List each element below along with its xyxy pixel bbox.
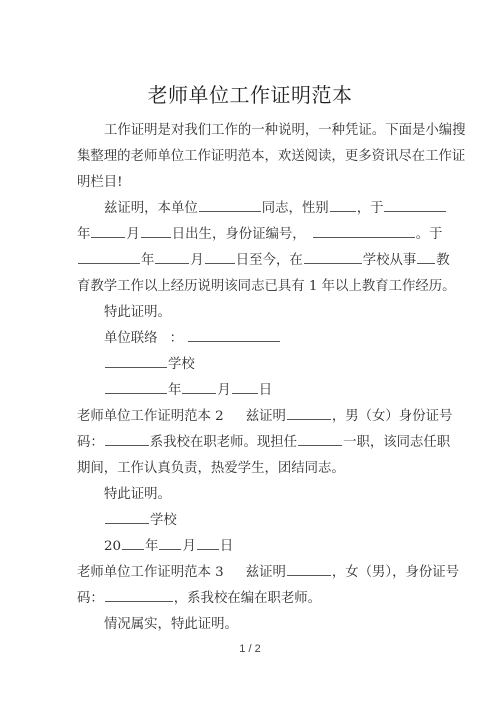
fill-blank-gender	[330, 197, 356, 212]
fill-blank-year	[384, 197, 446, 212]
fill-blank-id-number	[105, 587, 173, 602]
text: 系我校在职老师。现担任	[150, 435, 297, 450]
fill-blank-start-year	[78, 249, 140, 264]
text: 一职，该同志任职	[343, 435, 450, 450]
text: ，男（女）身份证号	[332, 409, 453, 424]
text: 兹证明	[246, 565, 286, 580]
text: 月	[190, 253, 203, 268]
text: 年	[168, 383, 181, 398]
text: ，系我校在编在职老师。	[174, 591, 321, 606]
fill-blank-sign-month	[182, 379, 216, 394]
fill-blank-start-month	[155, 249, 189, 264]
page-number: 1 / 2	[0, 643, 500, 655]
sample1-contact: 单位联络：	[77, 326, 422, 352]
fill-blank-start-day	[205, 249, 235, 264]
text: 学校从事	[363, 253, 417, 268]
sample2-line-3: 期间，工作认真负责，热爱学生，团结同志。	[77, 456, 422, 482]
fill-blank-name	[287, 405, 331, 420]
sample2-heading: 老师单位工作证明范本 2	[77, 409, 224, 424]
sample3-line-2: 码：，系我校在编在职老师。	[77, 586, 422, 612]
sample2-date: 20年月日	[77, 534, 422, 560]
sample1-school-signature: 学校	[77, 352, 422, 378]
contact-label: 单位联络	[104, 331, 158, 346]
text: 日	[220, 539, 233, 554]
sample2-line-1: 老师单位工作证明范本 2兹证明，男（女）身份证号	[77, 404, 422, 430]
text: 20	[104, 539, 121, 554]
fill-blank-school-name	[105, 509, 149, 524]
fill-blank-month	[159, 535, 181, 550]
text: 教	[436, 253, 449, 268]
text: 年	[141, 253, 154, 268]
sample1-closing: 特此证明。	[77, 300, 422, 326]
intro-line: 明栏目!	[77, 170, 422, 196]
sample1-line-3: 年月日至今，在学校从事教	[77, 248, 422, 274]
text: 兹证明，本单位	[104, 201, 198, 216]
fill-blank-sign-day	[232, 379, 258, 394]
text: 日	[259, 383, 272, 398]
fill-blank-month	[91, 223, 125, 238]
sample1-line-1: 兹证明，本单位同志，性别，于	[77, 196, 422, 222]
sample2-school-signature: 学校	[77, 508, 422, 534]
fill-blank-name	[287, 561, 331, 576]
fill-blank-position	[298, 431, 342, 446]
text: 月	[217, 383, 230, 398]
sample3-heading: 老师单位工作证明范本 3	[77, 565, 224, 580]
text: ：	[170, 331, 183, 346]
text: 日出生，身份证编号，	[172, 227, 306, 242]
sample2-line-2: 码：系我校在职老师。现担任一职，该同志任职	[77, 430, 422, 456]
fill-blank-id-number	[105, 431, 149, 446]
text: 月	[126, 227, 139, 242]
sample1-line-4: 育教学工作以上经历说明该同志已具有 1 年以上教育工作经历。	[77, 274, 422, 300]
document-page: 老师单位工作证明范本 工作证明是对我们工作的一种说明，一种凭证。下面是小编搜 集…	[0, 0, 500, 708]
intro-line: 工作证明是对我们工作的一种说明，一种凭证。下面是小编搜	[77, 118, 422, 144]
fill-blank-sign-year	[105, 379, 167, 394]
document-body: 工作证明是对我们工作的一种说明，一种凭证。下面是小编搜 集整理的老师单位工作证明…	[77, 118, 422, 638]
fill-blank-school-name	[105, 353, 167, 368]
text: 学校	[168, 357, 195, 372]
text: 码：	[77, 435, 104, 450]
fill-blank-unit	[199, 197, 261, 212]
text: 。于	[416, 227, 443, 242]
text: 年	[77, 227, 90, 242]
fill-blank-day	[197, 535, 219, 550]
text: 码：	[77, 591, 104, 606]
text: 月	[182, 539, 195, 554]
sample2-closing: 特此证明。	[77, 482, 422, 508]
fill-blank-year	[122, 535, 144, 550]
fill-blank-day	[141, 223, 171, 238]
sample1-line-2: 年月日出生，身份证编号，。于	[77, 222, 422, 248]
fill-blank-school	[304, 249, 362, 264]
fill-blank-subject	[417, 249, 435, 264]
fill-blank-id-number	[313, 223, 415, 238]
intro-line: 集整理的老师单位工作证明范本，欢送阅读，更多资讯尽在工作证	[77, 144, 422, 170]
text: 年	[145, 539, 158, 554]
text: 同志，性别	[262, 201, 329, 216]
fill-blank-contact	[188, 327, 280, 342]
text: ，女（男），身份证号	[332, 565, 459, 580]
document-title: 老师单位工作证明范本	[0, 82, 500, 108]
sample1-date: 年月日	[77, 378, 422, 404]
text: 学校	[150, 513, 177, 528]
text: 日至今，在	[236, 253, 303, 268]
text: 兹证明	[246, 409, 286, 424]
sample3-closing: 情况属实，特此证明。	[77, 612, 422, 638]
text: ，于	[357, 201, 384, 216]
sample3-line-1: 老师单位工作证明范本 3兹证明，女（男），身份证号	[77, 560, 422, 586]
